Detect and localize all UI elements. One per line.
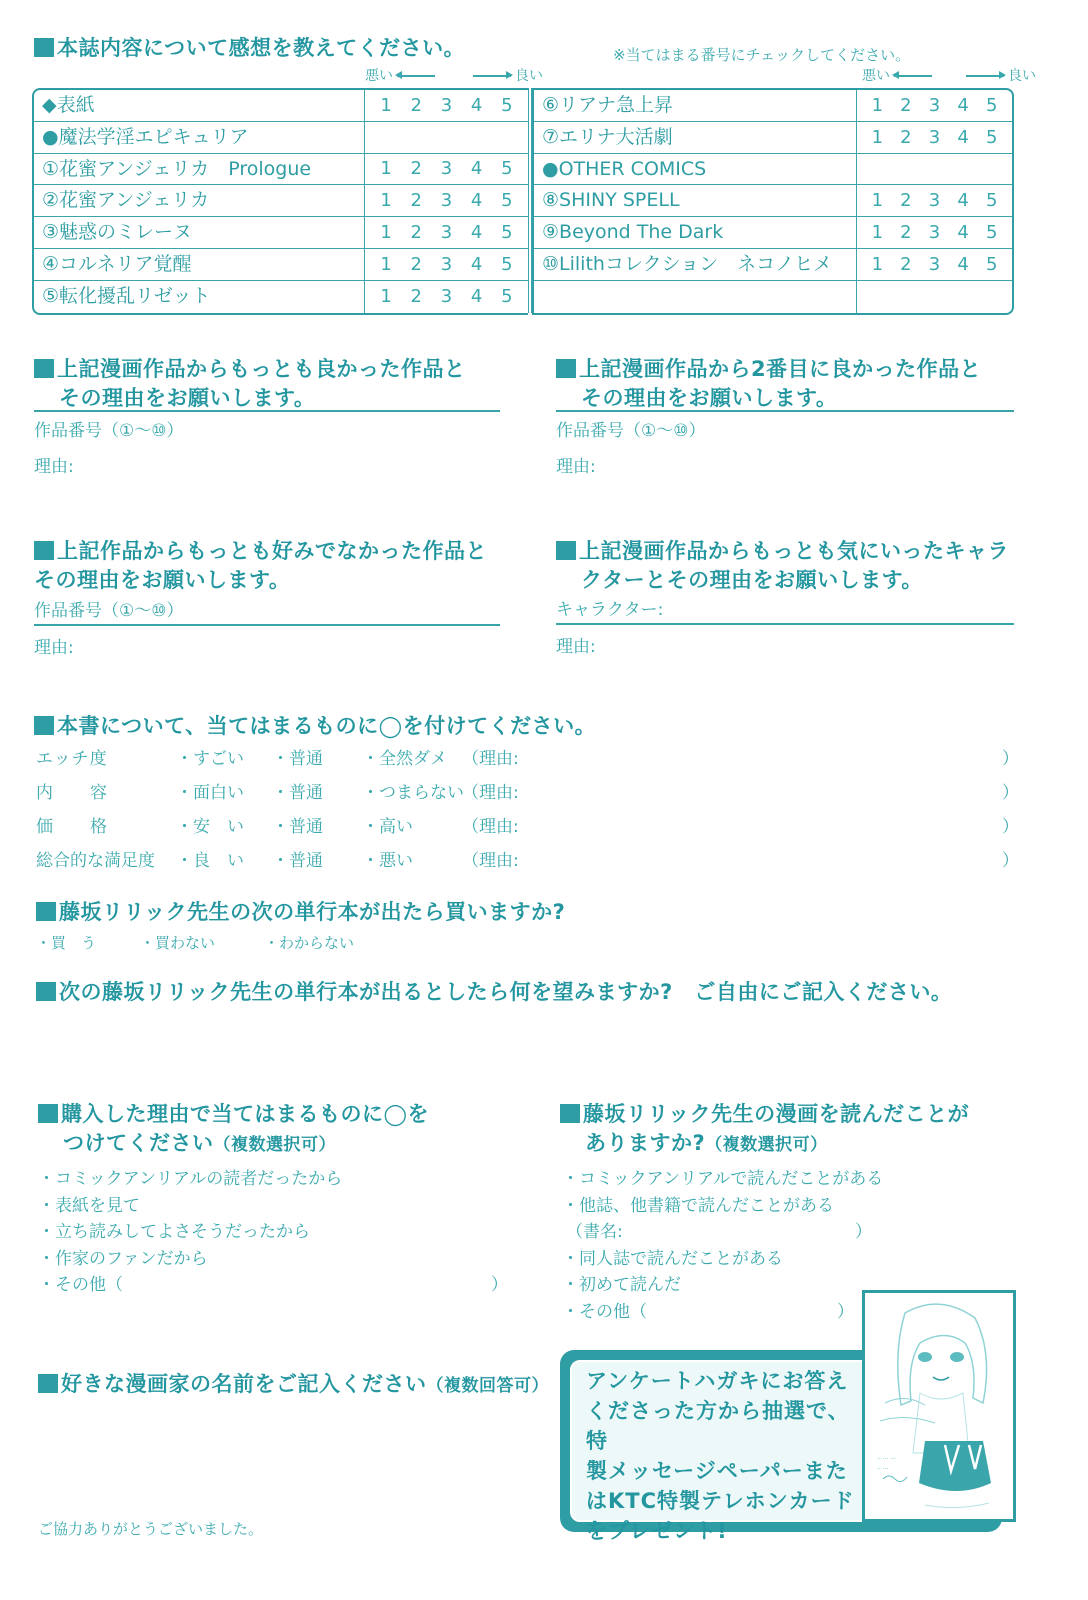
table-row: ①花蜜アンジェリカ Prologue 12345	[34, 154, 528, 186]
score-options: 12345	[856, 90, 1012, 121]
work-name: ⑥リアナ急上昇	[534, 90, 856, 121]
best-work-number-field[interactable]: 作品番号（①〜⑩）	[34, 420, 183, 442]
option-first-time[interactable]: ・初めて読んだ	[562, 1272, 882, 1299]
section-title-about-book: 本書について、当てはまるものに◯を付けてください。	[34, 712, 596, 741]
section-title-wish: 次の藤坂リリック先生の単行本が出るとしたら何を望みますか? ご自由にご記入くださ…	[36, 978, 952, 1007]
section-title-impressions: 本誌内容について感想を教えてください。	[34, 34, 465, 63]
arrow-right-icon	[966, 75, 1004, 77]
score-4[interactable]: 4	[957, 254, 968, 275]
rating-scale-left: 悪い良い	[365, 65, 543, 85]
work-name: ④コルネリア覚醒	[34, 249, 364, 280]
score-3[interactable]: 3	[929, 254, 940, 275]
score-5[interactable]: 5	[986, 127, 997, 148]
score-options: 12345	[364, 90, 528, 121]
score-1[interactable]: 1	[380, 95, 391, 116]
option-1[interactable]: ・すごい	[176, 744, 272, 769]
score-1[interactable]: 1	[872, 95, 883, 116]
table-row: ⑩Lilithコレクション ネコノヒメ 12345	[534, 249, 1012, 281]
score-3[interactable]: 3	[441, 254, 452, 275]
promo-line: 製メッセージペーパーまた	[586, 1456, 862, 1486]
reason-field[interactable]: （理由:	[462, 812, 1002, 837]
table-row: ⑤転化擾乱リゼット 12345	[34, 281, 528, 313]
character-reason-field[interactable]: 理由:	[556, 636, 596, 658]
score-1[interactable]: 1	[872, 127, 883, 148]
table-row: ⑦エリナ大活劇 12345	[534, 122, 1012, 154]
table-row: ⑥リアナ急上昇 12345	[534, 90, 1012, 122]
table-row: ④コルネリア覚醒 12345	[34, 249, 528, 281]
option-3[interactable]: ・全然ダメ	[362, 744, 462, 769]
table-row: ③魅惑のミレーヌ 12345	[34, 217, 528, 249]
score-2[interactable]: 2	[900, 222, 911, 243]
score-options: 12345	[364, 217, 528, 248]
section-title-read-before: 藤坂リリック先生の漫画を読んだことが ありますか?（複数選択可）	[560, 1100, 969, 1160]
score-1[interactable]: 1	[380, 286, 391, 307]
score-5[interactable]: 5	[501, 286, 512, 307]
score-options: 12345	[856, 217, 1012, 248]
square-bullet-icon	[556, 359, 576, 378]
square-bullet-icon	[560, 1104, 580, 1123]
option-other[interactable]: ・その他（）	[38, 1272, 508, 1299]
square-bullet-icon	[38, 1374, 58, 1393]
score-4[interactable]: 4	[957, 95, 968, 116]
reason-field[interactable]: （理由:	[462, 744, 1002, 769]
work-name: ②花蜜アンジェリカ	[34, 185, 364, 216]
section-title-best-work: 上記漫画作品からもっとも良かった作品と その理由をお願いします。	[34, 355, 466, 413]
option-2[interactable]: ・普通	[272, 846, 362, 871]
score-2[interactable]: 2	[900, 254, 911, 275]
rating-table-right: ⑥リアナ急上昇 12345 ⑦エリナ大活劇 12345 ●OTHER COMIC…	[532, 88, 1014, 315]
score-5[interactable]: 5	[501, 222, 512, 243]
option-2[interactable]: ・普通	[272, 778, 362, 803]
score-3[interactable]: 3	[929, 222, 940, 243]
option-2[interactable]: ・普通	[272, 744, 362, 769]
option-buy[interactable]: ・買 う	[36, 932, 140, 953]
arrow-left-icon	[397, 75, 435, 77]
score-options	[856, 154, 1012, 185]
promo-line: をプレゼント!	[586, 1516, 862, 1546]
square-bullet-icon	[38, 1104, 58, 1123]
work-name	[534, 281, 856, 313]
promo-line: はKTC特製テレホンカード	[586, 1486, 862, 1516]
section-title-buy-next: 藤坂リリック先生の次の単行本が出たら買いますか?	[36, 898, 565, 927]
score-options: 12345	[364, 185, 528, 216]
score-2[interactable]: 2	[900, 127, 911, 148]
score-options: 12345	[364, 154, 528, 185]
row-label: 価 格	[36, 812, 176, 837]
square-bullet-icon	[34, 38, 54, 57]
divider	[34, 410, 500, 412]
promo-line: アンケートハガキにお答え	[586, 1366, 862, 1396]
score-options: 12345	[856, 122, 1012, 153]
score-2[interactable]: 2	[411, 222, 422, 243]
option-unreal[interactable]: ・コミックアンリアルで読んだことがある	[562, 1166, 882, 1193]
work-name: ⑤転化擾乱リゼット	[34, 281, 364, 313]
divider	[34, 624, 500, 626]
option-cover[interactable]: ・表紙を見て	[38, 1193, 508, 1220]
score-5[interactable]: 5	[986, 190, 997, 211]
score-3[interactable]: 3	[441, 222, 452, 243]
buy-next-options: ・買 う ・買わない ・わからない	[36, 932, 354, 953]
best-work-reason-field[interactable]: 理由:	[34, 456, 74, 478]
score-2[interactable]: 2	[900, 95, 911, 116]
read-before-options: ・コミックアンリアルで読んだことがある ・他誌、他書籍で読んだことがある （書名…	[562, 1166, 882, 1325]
section-title-favorite-artist: 好きな漫画家の名前をご記入ください（複数回答可）	[38, 1370, 549, 1401]
option-1[interactable]: ・安 い	[176, 812, 272, 837]
option-1[interactable]: ・面白い	[176, 778, 272, 803]
section-title-worst-work: 上記作品からもっとも好みでなかった作品と その理由をお願いします。	[34, 537, 487, 595]
score-options: 12345	[856, 185, 1012, 216]
check-instruction: ※当てはまる番号にチェックしてください。	[613, 44, 910, 65]
arrow-right-icon	[473, 75, 511, 77]
score-4[interactable]: 4	[471, 254, 482, 275]
option-unsure[interactable]: ・わからない	[264, 932, 354, 953]
option-other-mag[interactable]: ・他誌、他書籍で読んだことがある	[562, 1193, 882, 1220]
worst-work-number-field[interactable]: 作品番号（①〜⑩）	[34, 600, 183, 622]
divider	[556, 623, 1014, 625]
score-1[interactable]: 1	[380, 254, 391, 275]
square-bullet-icon	[36, 902, 56, 921]
table-row: ②花蜜アンジェリカ 12345	[34, 185, 528, 217]
score-5[interactable]: 5	[501, 95, 512, 116]
score-3[interactable]: 3	[929, 190, 940, 211]
row-label: 内 容	[36, 778, 176, 803]
book-rating-row-ecchi: エッチ度 ・すごい ・普通 ・全然ダメ （理由: ）	[36, 744, 1022, 769]
work-name: ●魔法学淫エピキュリア	[34, 122, 364, 153]
reason-field[interactable]: （理由:	[462, 778, 1002, 803]
book-rating-row-overall: 総合的な満足度 ・良 い ・普通 ・悪い （理由: ）	[36, 846, 1022, 871]
character-field[interactable]: キャラクター:	[556, 599, 663, 621]
score-5[interactable]: 5	[501, 158, 512, 179]
square-bullet-icon	[34, 716, 54, 735]
second-work-reason-field[interactable]: 理由:	[556, 456, 596, 478]
work-name: ●OTHER COMICS	[534, 154, 856, 185]
work-name: ⑦エリナ大活劇	[534, 122, 856, 153]
score-5[interactable]: 5	[501, 190, 512, 211]
option-fan[interactable]: ・作家のファンだから	[38, 1246, 508, 1273]
second-work-number-field[interactable]: 作品番号（①〜⑩）	[556, 420, 705, 442]
work-name: ①花蜜アンジェリカ Prologue	[34, 154, 364, 185]
score-3[interactable]: 3	[441, 95, 452, 116]
book-title-field[interactable]: （書名:）	[562, 1219, 872, 1246]
score-3[interactable]: 3	[441, 190, 452, 211]
score-2[interactable]: 2	[411, 286, 422, 307]
work-name: ⑧SHINY SPELL	[534, 185, 856, 216]
work-name: ◆表紙	[34, 90, 364, 121]
score-5[interactable]: 5	[501, 254, 512, 275]
score-4[interactable]: 4	[471, 222, 482, 243]
table-row: ●OTHER COMICS	[534, 154, 1012, 186]
score-4[interactable]: 4	[471, 158, 482, 179]
row-label: 総合的な満足度	[36, 846, 176, 871]
table-row: ⑨Beyond The Dark 12345	[534, 217, 1012, 249]
score-1[interactable]: 1	[380, 158, 391, 179]
rating-scale-right: 悪い良い	[862, 65, 1036, 85]
score-2[interactable]: 2	[411, 95, 422, 116]
table-row: ⑧SHINY SPELL 12345	[534, 185, 1012, 217]
section-title-purchase-reason: 購入した理由で当てはまるものに◯を つけてください（複数選択可）	[38, 1100, 429, 1160]
character-illustration-icon: ·· ··· ··· ·· ···	[865, 1293, 1013, 1519]
option-1[interactable]: ・良 い	[176, 846, 272, 871]
score-4[interactable]: 4	[957, 222, 968, 243]
option-3[interactable]: ・悪い	[362, 846, 462, 871]
book-rating-row-content: 内 容 ・面白い ・普通 ・つまらない （理由: ）	[36, 778, 1022, 803]
svg-text:·· ···: ·· ···	[877, 1466, 889, 1473]
score-1[interactable]: 1	[872, 190, 883, 211]
score-options: 12345	[364, 281, 528, 313]
reason-field[interactable]: （理由:	[462, 846, 1002, 871]
score-5[interactable]: 5	[986, 222, 997, 243]
svg-text:·· ··· ···: ·· ··· ···	[877, 1456, 896, 1463]
square-bullet-icon	[34, 359, 54, 378]
score-2[interactable]: 2	[411, 190, 422, 211]
square-bullet-icon	[34, 541, 54, 560]
rating-table-left: ◆表紙 12345 ●魔法学淫エピキュリア ①花蜜アンジェリカ Prologue…	[32, 88, 528, 315]
square-bullet-icon	[36, 982, 56, 1001]
score-options	[364, 122, 528, 153]
score-options	[856, 281, 1012, 313]
score-4[interactable]: 4	[957, 127, 968, 148]
option-other[interactable]: ・その他（）	[562, 1299, 854, 1326]
promo-inner: アンケートハガキにお答え くださった方から抽選で、特 製メッセージペーパーまた …	[570, 1360, 864, 1522]
score-4[interactable]: 4	[471, 190, 482, 211]
score-4[interactable]: 4	[471, 286, 482, 307]
work-name: ③魅惑のミレーヌ	[34, 217, 364, 248]
promo-line: くださった方から抽選で、特	[586, 1396, 862, 1456]
score-3[interactable]: 3	[929, 127, 940, 148]
score-3[interactable]: 3	[441, 286, 452, 307]
section-title-second-work: 上記漫画作品から2番目に良かった作品と その理由をお願いします。	[556, 355, 981, 413]
thanks-message: ご協力ありがとうございました。	[38, 1518, 263, 1539]
book-rating-row-price: 価 格 ・安 い ・普通 ・高い （理由: ）	[36, 812, 1022, 837]
arrow-left-icon	[894, 75, 932, 77]
score-1[interactable]: 1	[872, 222, 883, 243]
worst-work-reason-field[interactable]: 理由:	[34, 637, 74, 659]
score-4[interactable]: 4	[957, 190, 968, 211]
work-name: ⑨Beyond The Dark	[534, 217, 856, 248]
option-3[interactable]: ・つまらない	[362, 778, 462, 803]
section-title-favorite-character: 上記漫画作品からもっとも気にいったキャラ クターとその理由をお願いします。	[556, 537, 1009, 595]
table-row: ●魔法学淫エピキュリア	[34, 122, 528, 154]
score-2[interactable]: 2	[900, 190, 911, 211]
score-3[interactable]: 3	[929, 95, 940, 116]
score-1[interactable]: 1	[872, 254, 883, 275]
square-bullet-icon	[556, 541, 576, 560]
score-options: 12345	[856, 249, 1012, 280]
score-4[interactable]: 4	[471, 95, 482, 116]
score-2[interactable]: 2	[411, 254, 422, 275]
score-1[interactable]: 1	[380, 190, 391, 211]
message-paper-illustration: ·· ··· ··· ·· ···	[862, 1290, 1016, 1522]
score-3[interactable]: 3	[441, 158, 452, 179]
option-browse[interactable]: ・立ち読みしてよさそうだったから	[38, 1219, 508, 1246]
work-name: ⑩Lilithコレクション ネコノヒメ	[534, 249, 856, 280]
score-2[interactable]: 2	[411, 158, 422, 179]
option-doujin[interactable]: ・同人誌で読んだことがある	[562, 1246, 882, 1273]
score-1[interactable]: 1	[380, 222, 391, 243]
table-row	[534, 281, 1012, 313]
option-3[interactable]: ・高い	[362, 812, 462, 837]
option-not-buy[interactable]: ・買わない	[140, 932, 264, 953]
divider	[556, 410, 1014, 412]
table-row: ◆表紙 12345	[34, 90, 528, 122]
option-2[interactable]: ・普通	[272, 812, 362, 837]
row-label: エッチ度	[36, 744, 176, 769]
score-options: 12345	[364, 249, 528, 280]
score-5[interactable]: 5	[986, 95, 997, 116]
purchase-reason-options: ・コミックアンリアルの読者だったから ・表紙を見て ・立ち読みしてよさそうだった…	[38, 1166, 508, 1299]
score-5[interactable]: 5	[986, 254, 997, 275]
option-reader[interactable]: ・コミックアンリアルの読者だったから	[38, 1166, 508, 1193]
